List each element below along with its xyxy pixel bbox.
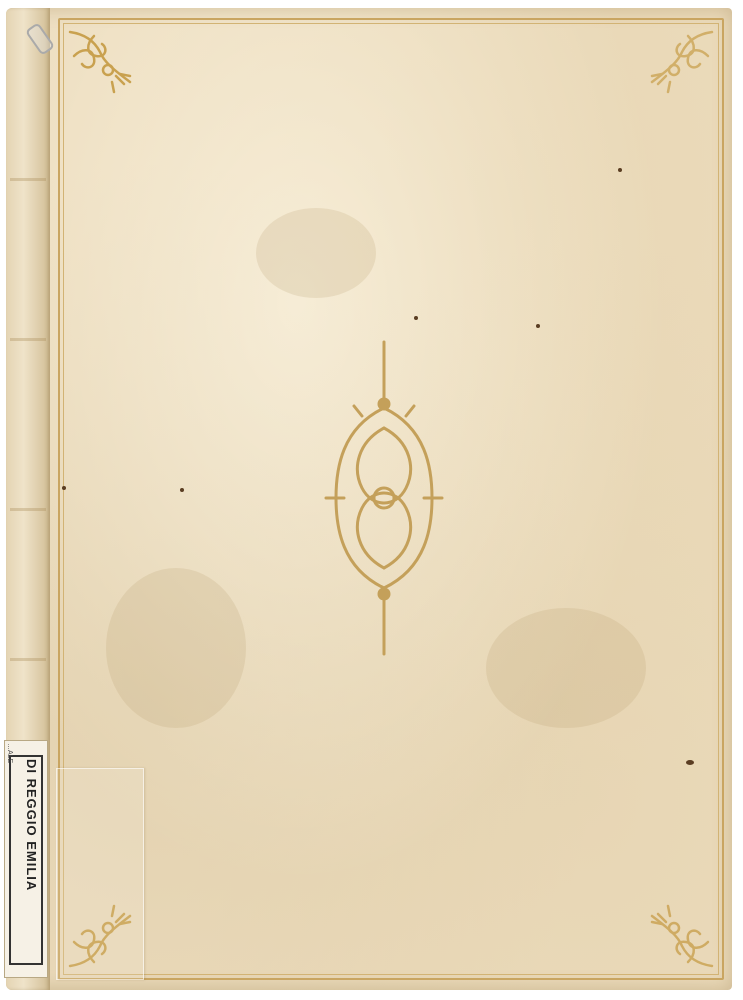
- corner-fleuron-icon: [644, 26, 718, 100]
- spot: [618, 168, 622, 172]
- center-lozenge-ornament-icon: [322, 338, 446, 658]
- spine-band: [10, 658, 46, 661]
- spine-band: [10, 178, 46, 181]
- spot: [686, 760, 694, 765]
- spot: [536, 324, 540, 328]
- label-text: DI REGGIO EMILIA: [21, 759, 39, 959]
- library-label: …ALE DI REGGIO EMILIA: [4, 740, 48, 978]
- spot: [414, 316, 418, 320]
- spot: [62, 486, 66, 490]
- library-card-pocket: [56, 768, 144, 980]
- label-top-text: …ALE: [6, 743, 13, 763]
- corner-fleuron-icon: [644, 898, 718, 972]
- spine-band: [10, 508, 46, 511]
- corner-fleuron-icon: [64, 26, 138, 100]
- spine-band: [10, 338, 46, 341]
- spot: [180, 488, 184, 492]
